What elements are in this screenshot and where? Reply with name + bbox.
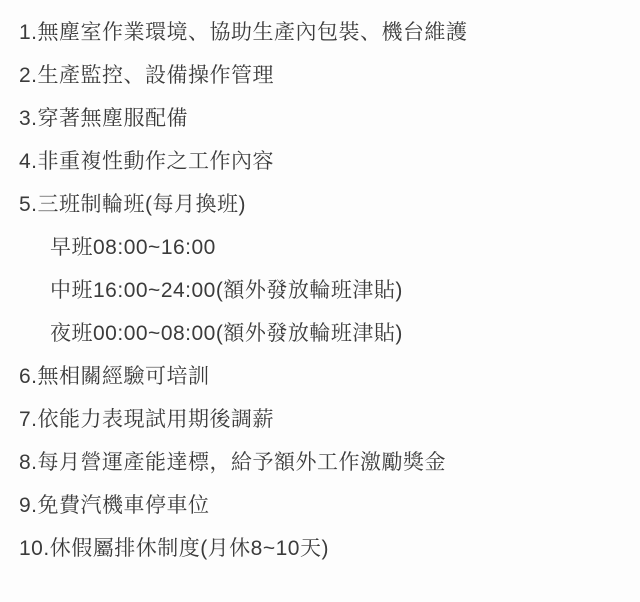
shift-night-line: 夜班00:00~08:00(額外發放輪班津貼) — [50, 312, 620, 355]
list-item-3: 3.穿著無塵服配備 — [19, 97, 620, 140]
job-description: 1.無塵室作業環境、協助生產內包裝、機台維護 2.生產監控、設備操作管理 3.穿… — [0, 0, 640, 602]
list-item-8: 8.每月營運產能達標，給予額外工作激勵獎金 — [19, 441, 620, 484]
list-item-10: 10.休假屬排休制度(月休8~10天) — [19, 527, 620, 570]
list-item-2: 2.生產監控、設備操作管理 — [19, 54, 620, 97]
list-item-6: 6.無相關經驗可培訓 — [19, 355, 620, 398]
list-item-9: 9.免費汽機車停車位 — [19, 484, 620, 527]
list-item-7: 7.依能力表現試用期後調薪 — [19, 398, 620, 441]
shift-morning-line: 早班08:00~16:00 — [50, 226, 620, 269]
list-item-5: 5.三班制輪班(每月換班) — [19, 183, 620, 226]
shift-middle-line: 中班16:00~24:00(額外發放輪班津貼) — [50, 269, 620, 312]
list-item-1: 1.無塵室作業環境、協助生產內包裝、機台維護 — [19, 11, 620, 54]
list-item-4: 4.非重複性動作之工作內容 — [19, 140, 620, 183]
